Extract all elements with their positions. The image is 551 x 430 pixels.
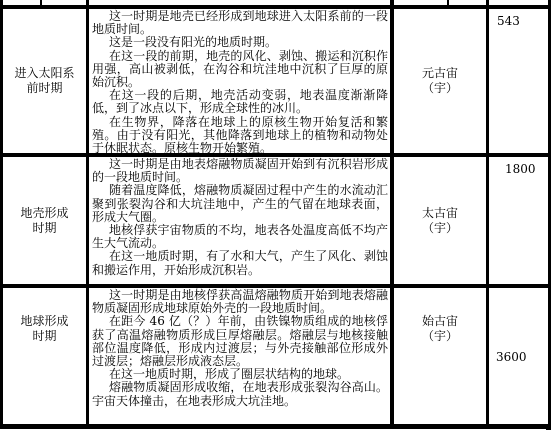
description-paragraph: 在生物界，降落在地球上的原核生物开始复活和繁殖。由于没有阳光，其他降落到地球上的… [92, 116, 388, 153]
table-border [447, 0, 449, 5]
description-cell: 这一时期是由地表熔融物质凝固开始到有沉积岩形成的一段地质时间。随着温度降低，熔融… [89, 157, 390, 284]
description-paragraph: 在这一段的前期，地壳的风化、剥蚀、搬运和沉积作用强，高山被剥低，在沟谷和坑洼地中… [92, 50, 388, 90]
description-paragraph: 在距今 46 亿（？）年前，由铁镍物质组成的地核俘获了高温熔融物质形成巨厚熔融层… [92, 315, 388, 368]
corner-artifact [546, 424, 551, 430]
table-border [86, 0, 89, 5]
period-name-cell: 地壳形成 时期 [3, 157, 86, 284]
age-value-cell: 3600 [489, 288, 548, 424]
era-name-cell: 元古宙 （宇） [394, 9, 486, 153]
description-paragraph: 随着温度降低，熔融物质凝固过程中产生的水流动汇聚到张裂沟谷和大坑洼地中，产生的气… [92, 184, 388, 224]
description-paragraph: 这一时期是由地表熔融物质凝固开始到有沉积岩形成的一段地质时间。 [92, 158, 388, 184]
description-paragraph: 这一时期是地壳已经形成到地球进入太阳系前的一段地质时间。 [92, 10, 388, 36]
description-paragraph: 地核俘获宇宙物质的不均，地表各处温度高低不均产生大气流动。 [92, 224, 388, 250]
description-cell: 这一时期是地壳已经形成到地球进入太阳系前的一段地质时间。这是一段没有阳光的地质时… [89, 9, 390, 153]
era-name-cell: 太古宙 （宇） [394, 157, 486, 284]
table-border [486, 0, 489, 5]
description-cell: 这一时期是由地核俘获高温熔融物质开始到地表熔融物质凝固形成地球原始外壳的一段地质… [89, 288, 390, 424]
table-border [0, 0, 3, 5]
age-value-cell: 543 [489, 9, 548, 153]
description-paragraph: 这是一段没有阳光的地质时期。 [92, 36, 388, 49]
geological-periods-table: 进入太阳系 前时期 这一时期是地壳已经形成到地球进入太阳系前的一段地质时间。这是… [0, 0, 551, 430]
period-name-cell: 地球形成 时期 [3, 288, 86, 424]
table-border [390, 0, 394, 5]
age-value-cell: 1800 [489, 157, 548, 284]
description-paragraph: 在这一地质时期，有了水和大气，产生了风化、剥蚀和搬运作用，开始形成沉积岩。 [92, 250, 388, 276]
period-name-cell: 进入太阳系 前时期 [3, 9, 86, 153]
description-paragraph: 在这一段的后期，地壳活动变弱，地表温度渐渐降低，到了冰点以下，形成全球性的冰川。 [92, 89, 388, 115]
era-name-cell: 始古宙 （宇） [394, 288, 486, 424]
description-paragraph: 熔融物质凝固形成收缩，在地表形成张裂沟谷高山。宇宙天体撞击，在地表形成大坑洼地。 [92, 381, 388, 407]
table-border [40, 0, 42, 5]
description-paragraph: 这一时期是由地核俘获高温熔融物质开始到地表熔融物质凝固形成地球原始外壳的一段地质… [92, 289, 388, 315]
